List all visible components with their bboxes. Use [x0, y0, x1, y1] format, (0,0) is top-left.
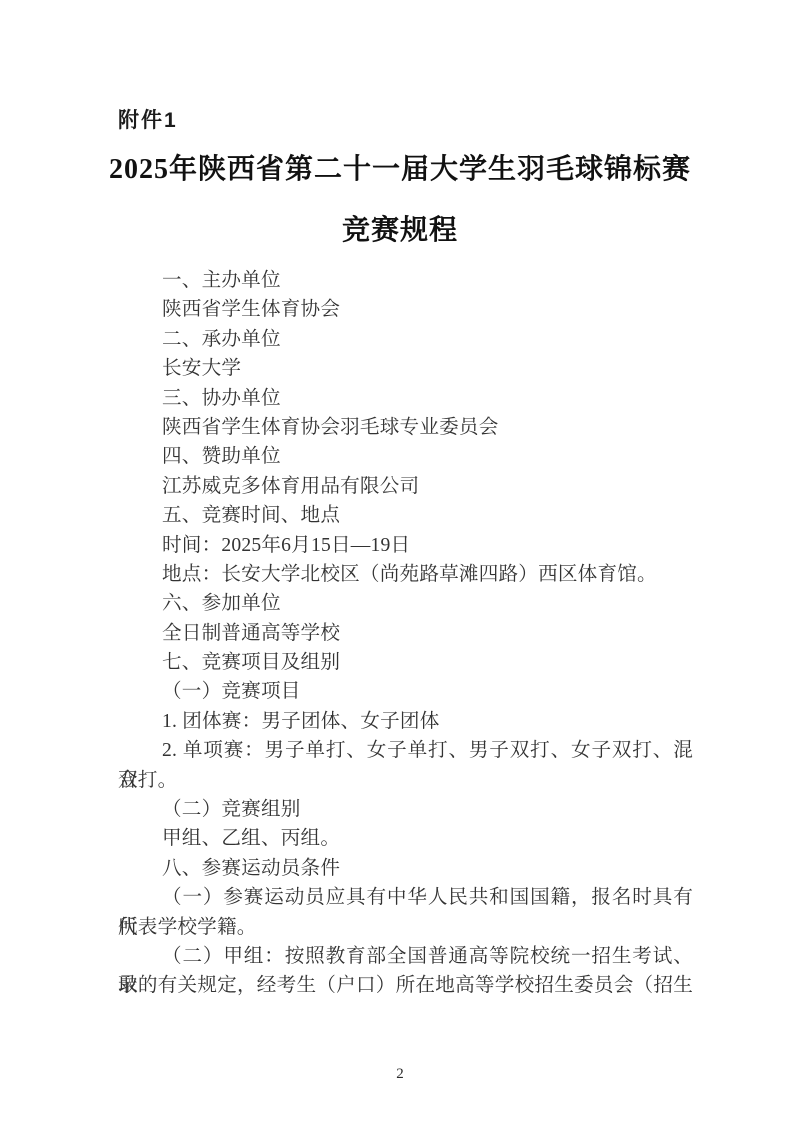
body-line: （二）竞赛组别	[118, 795, 693, 824]
body-line: 四、赞助单位	[118, 442, 693, 471]
body-line: 全日制普通高等学校	[118, 619, 693, 648]
document-title-line1: 2025年陕西省第二十一届大学生羽毛球锦标赛	[0, 147, 800, 187]
body-line: 取的有关规定，经考生（户口）所在地高等学校招生委员会（招生	[118, 971, 693, 1000]
document-body: 一、主办单位 陕西省学生体育协会 二、承办单位 长安大学 三、协办单位 陕西省学…	[118, 266, 693, 1001]
body-line: 代表学校学籍。	[118, 913, 693, 942]
document-title-line2: 竞赛规程	[0, 208, 800, 248]
attachment-label: 附件1	[118, 104, 178, 134]
page-number: 2	[0, 1066, 800, 1083]
body-line: 一、主办单位	[118, 266, 693, 295]
body-line: 二、承办单位	[118, 325, 693, 354]
body-line: 长安大学	[118, 354, 693, 383]
body-line: （二）甲组：按照教育部全国普通高等院校统一招生考试、录	[118, 942, 693, 971]
body-line: （一）参赛运动员应具有中华人民共和国国籍，报名时具有所	[118, 883, 693, 912]
body-line: 时间：2025年6月15日—19日	[118, 531, 693, 560]
body-line: 陕西省学生体育协会	[118, 295, 693, 324]
body-line: （一）竞赛项目	[118, 677, 693, 706]
body-line: 陕西省学生体育协会羽毛球专业委员会	[118, 413, 693, 442]
body-line: 五、竞赛时间、地点	[118, 501, 693, 530]
body-line: 2. 单项赛：男子单打、女子单打、男子双打、女子双打、混合	[118, 736, 693, 765]
body-line: 甲组、乙组、丙组。	[118, 824, 693, 853]
body-line: 双打。	[118, 766, 693, 795]
body-line: 八、参赛运动员条件	[118, 854, 693, 883]
body-line: 江苏威克多体育用品有限公司	[118, 472, 693, 501]
body-line: 六、参加单位	[118, 589, 693, 618]
body-line: 三、协办单位	[118, 384, 693, 413]
body-line: 1. 团体赛：男子团体、女子团体	[118, 707, 693, 736]
body-line: 地点：长安大学北校区（尚苑路草滩四路）西区体育馆。	[118, 560, 693, 589]
body-line: 七、竞赛项目及组别	[118, 648, 693, 677]
document-page: 附件1 2025年陕西省第二十一届大学生羽毛球锦标赛 竞赛规程 一、主办单位 陕…	[0, 0, 800, 1131]
